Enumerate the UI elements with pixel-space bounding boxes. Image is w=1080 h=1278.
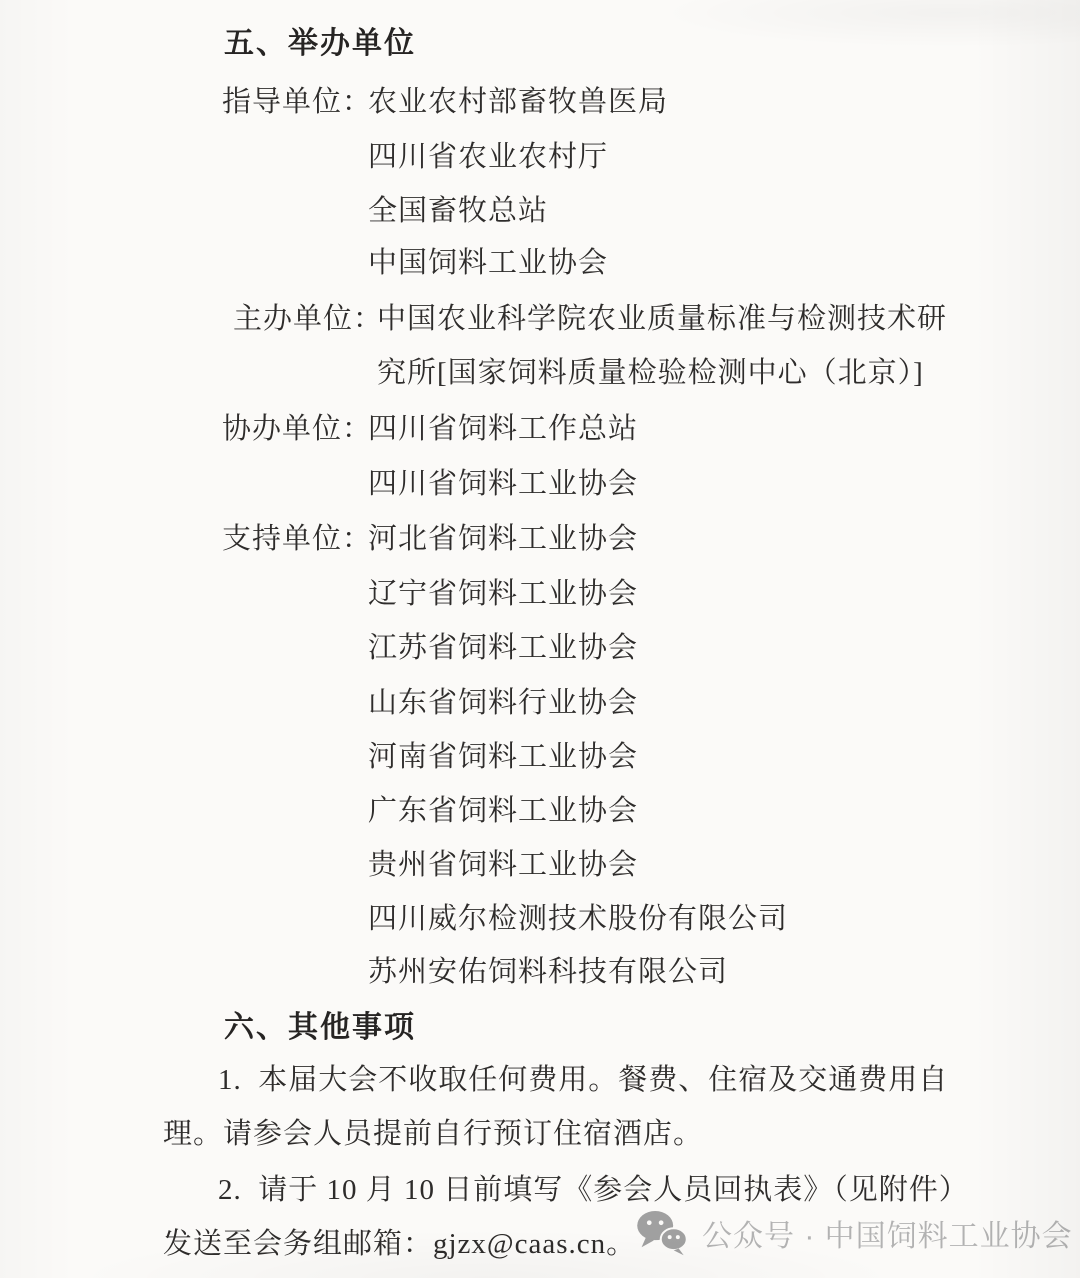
wechat-icon (636, 1210, 688, 1256)
org-name: 辽宁省饲料工业协会 (368, 576, 638, 612)
org-name: 四川省农业农村厅 (368, 139, 608, 175)
org-name: 贵州省饲料工业协会 (368, 847, 638, 883)
org-name: 广东省饲料工业协会 (368, 793, 638, 829)
wechat-watermark: 公众号 · 中国饲料工业协会 (636, 1210, 1073, 1256)
notice-item1-line2: 理。请参会人员提前自行预订住宿酒店。 (163, 1116, 703, 1152)
org-name: 河南省饲料工业协会 (368, 739, 638, 775)
org-name: 中国饲料工业协会 (368, 245, 608, 281)
role-label-supporter: 支持单位： (222, 521, 372, 557)
org-name: 中国农业科学院农业质量标准与检测技术研 (377, 301, 947, 337)
org-name: 全国畜牧总站 (368, 193, 548, 229)
org-name: 河北省饲料工业协会 (368, 521, 638, 557)
section-heading-organizers: 五、举办单位 (224, 26, 416, 62)
role-label-organizer: 主办单位： (233, 301, 383, 337)
role-label-guidance: 指导单位： (222, 84, 372, 120)
org-name-wrap: 究所[国家饲料质量检验检测中心（北京）] (377, 355, 924, 391)
section-heading-other-matters: 六、其他事项 (224, 1010, 416, 1046)
notice-item2-line1: 2. 请于 10 月 10 日前填写《参会人员回执表》（见附件） (218, 1172, 969, 1208)
org-name: 四川省饲料工作总站 (368, 411, 638, 447)
org-name: 江苏省饲料工业协会 (368, 630, 638, 666)
role-label-coorganizer: 协办单位： (222, 411, 372, 447)
org-name: 四川省饲料工业协会 (368, 466, 638, 502)
scanned-notice-page: 五、举办单位 指导单位： 农业农村部畜牧兽医局 四川省农业农村厅 全国畜牧总站 … (0, 0, 1080, 1278)
org-name: 农业农村部畜牧兽医局 (368, 84, 668, 120)
notice-item1-line1: 1. 本届大会不收取任何费用。餐费、住宿及交通费用自 (218, 1062, 948, 1098)
notice-item2-line2: 发送至会务组邮箱：gjzx@caas.cn。 (163, 1226, 636, 1262)
org-name: 苏州安佑饲料科技有限公司 (368, 954, 728, 990)
org-name: 山东省饲料行业协会 (368, 685, 638, 721)
watermark-text: 公众号 · 中国饲料工业协会 (702, 1211, 1073, 1255)
org-name: 四川威尔检测技术股份有限公司 (368, 901, 788, 937)
